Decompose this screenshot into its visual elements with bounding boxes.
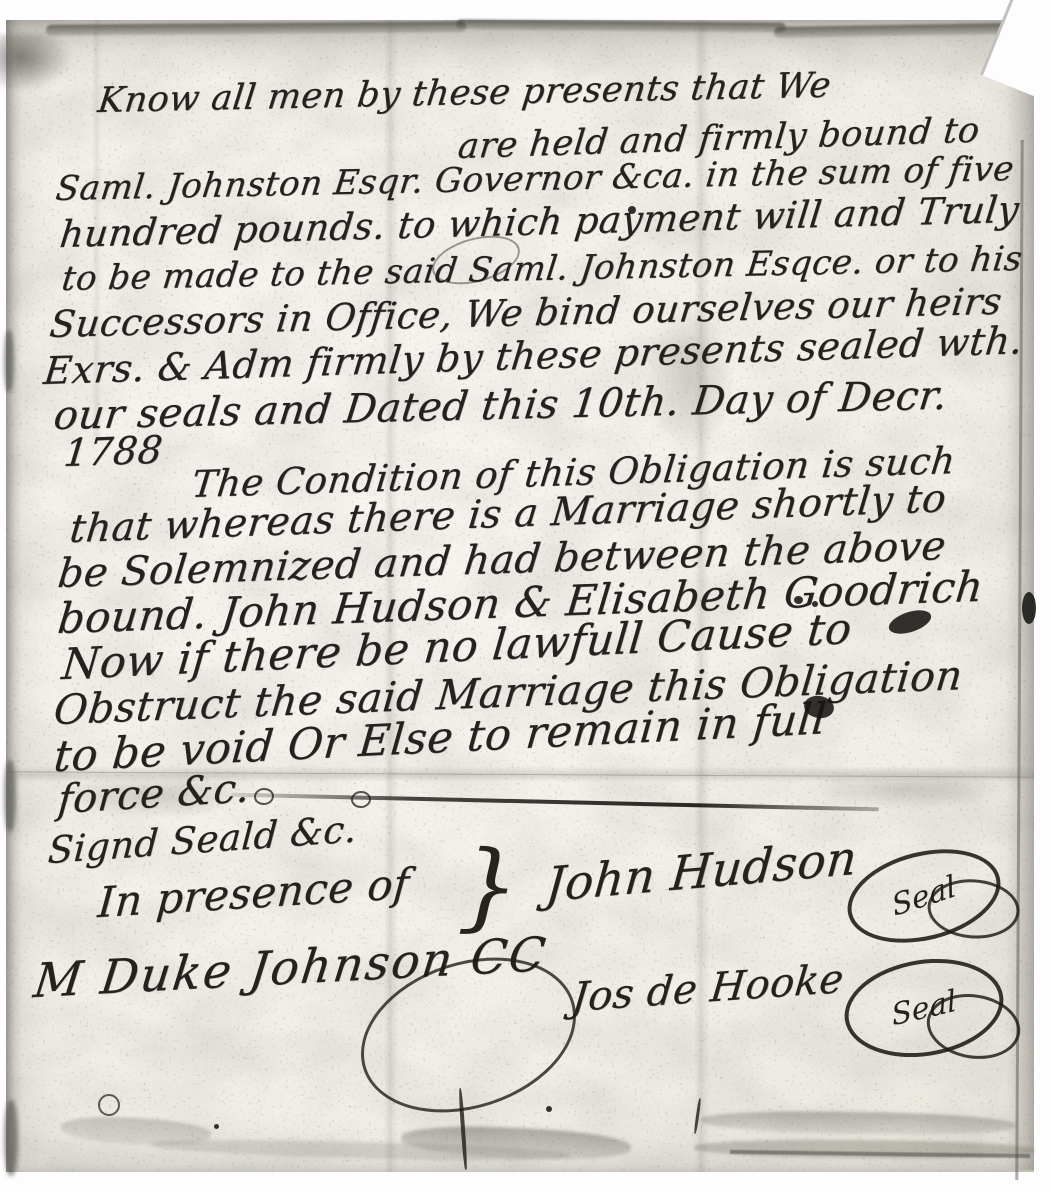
ink-speck	[214, 1124, 219, 1129]
manuscript-line-1: Know all men by these presents that We	[96, 69, 833, 119]
bottom-smudge	[694, 1139, 1034, 1160]
bottom-smudge	[701, 1109, 1016, 1136]
signature-surety: Jos de Hooke	[570, 959, 846, 1018]
ink-speck	[546, 1106, 552, 1112]
bottom-smudge	[400, 1123, 631, 1163]
seal-label: Seal	[889, 869, 959, 924]
clipped-corner	[980, 0, 1050, 132]
edge-smudge	[4, 330, 14, 392]
torn-top-edge	[456, 19, 786, 32]
edge-smudge	[4, 760, 16, 832]
seal-mark-2: Seal	[837, 948, 1010, 1068]
bottom-smudge	[60, 1114, 211, 1148]
manuscript-line-17: force &c.	[56, 768, 251, 820]
dark-corner-mark	[0, 34, 72, 92]
seal-label: Seal	[890, 983, 959, 1033]
pen-tail-stroke	[694, 1098, 702, 1134]
signature-john-hudson: John Hudson	[544, 835, 859, 910]
attestation-brace: }	[456, 842, 521, 930]
edge-smudge	[4, 1100, 18, 1176]
bottom-smudge	[151, 1137, 571, 1164]
document-page: Know all men by these presents that We a…	[6, 20, 1034, 1172]
in-presence-line: In presence of	[96, 863, 411, 924]
edge-ink-mark	[1022, 592, 1036, 624]
smudge	[801, 768, 1006, 810]
manuscript-line-9: 1788	[62, 430, 165, 472]
torn-top-edge	[46, 21, 466, 36]
ink-speck	[794, 596, 803, 604]
ink-speck	[628, 206, 636, 214]
torn-top-edge	[774, 23, 1008, 38]
pen-loop-mark	[98, 1094, 120, 1116]
scanned-document: Know all men by these presents that We a…	[0, 0, 1050, 1192]
left-edge-shading	[6, 20, 22, 1172]
ink-speck	[812, 601, 818, 607]
seal-mark-1: Seal	[838, 834, 1011, 957]
bottom-edge-line	[730, 1150, 1030, 1158]
